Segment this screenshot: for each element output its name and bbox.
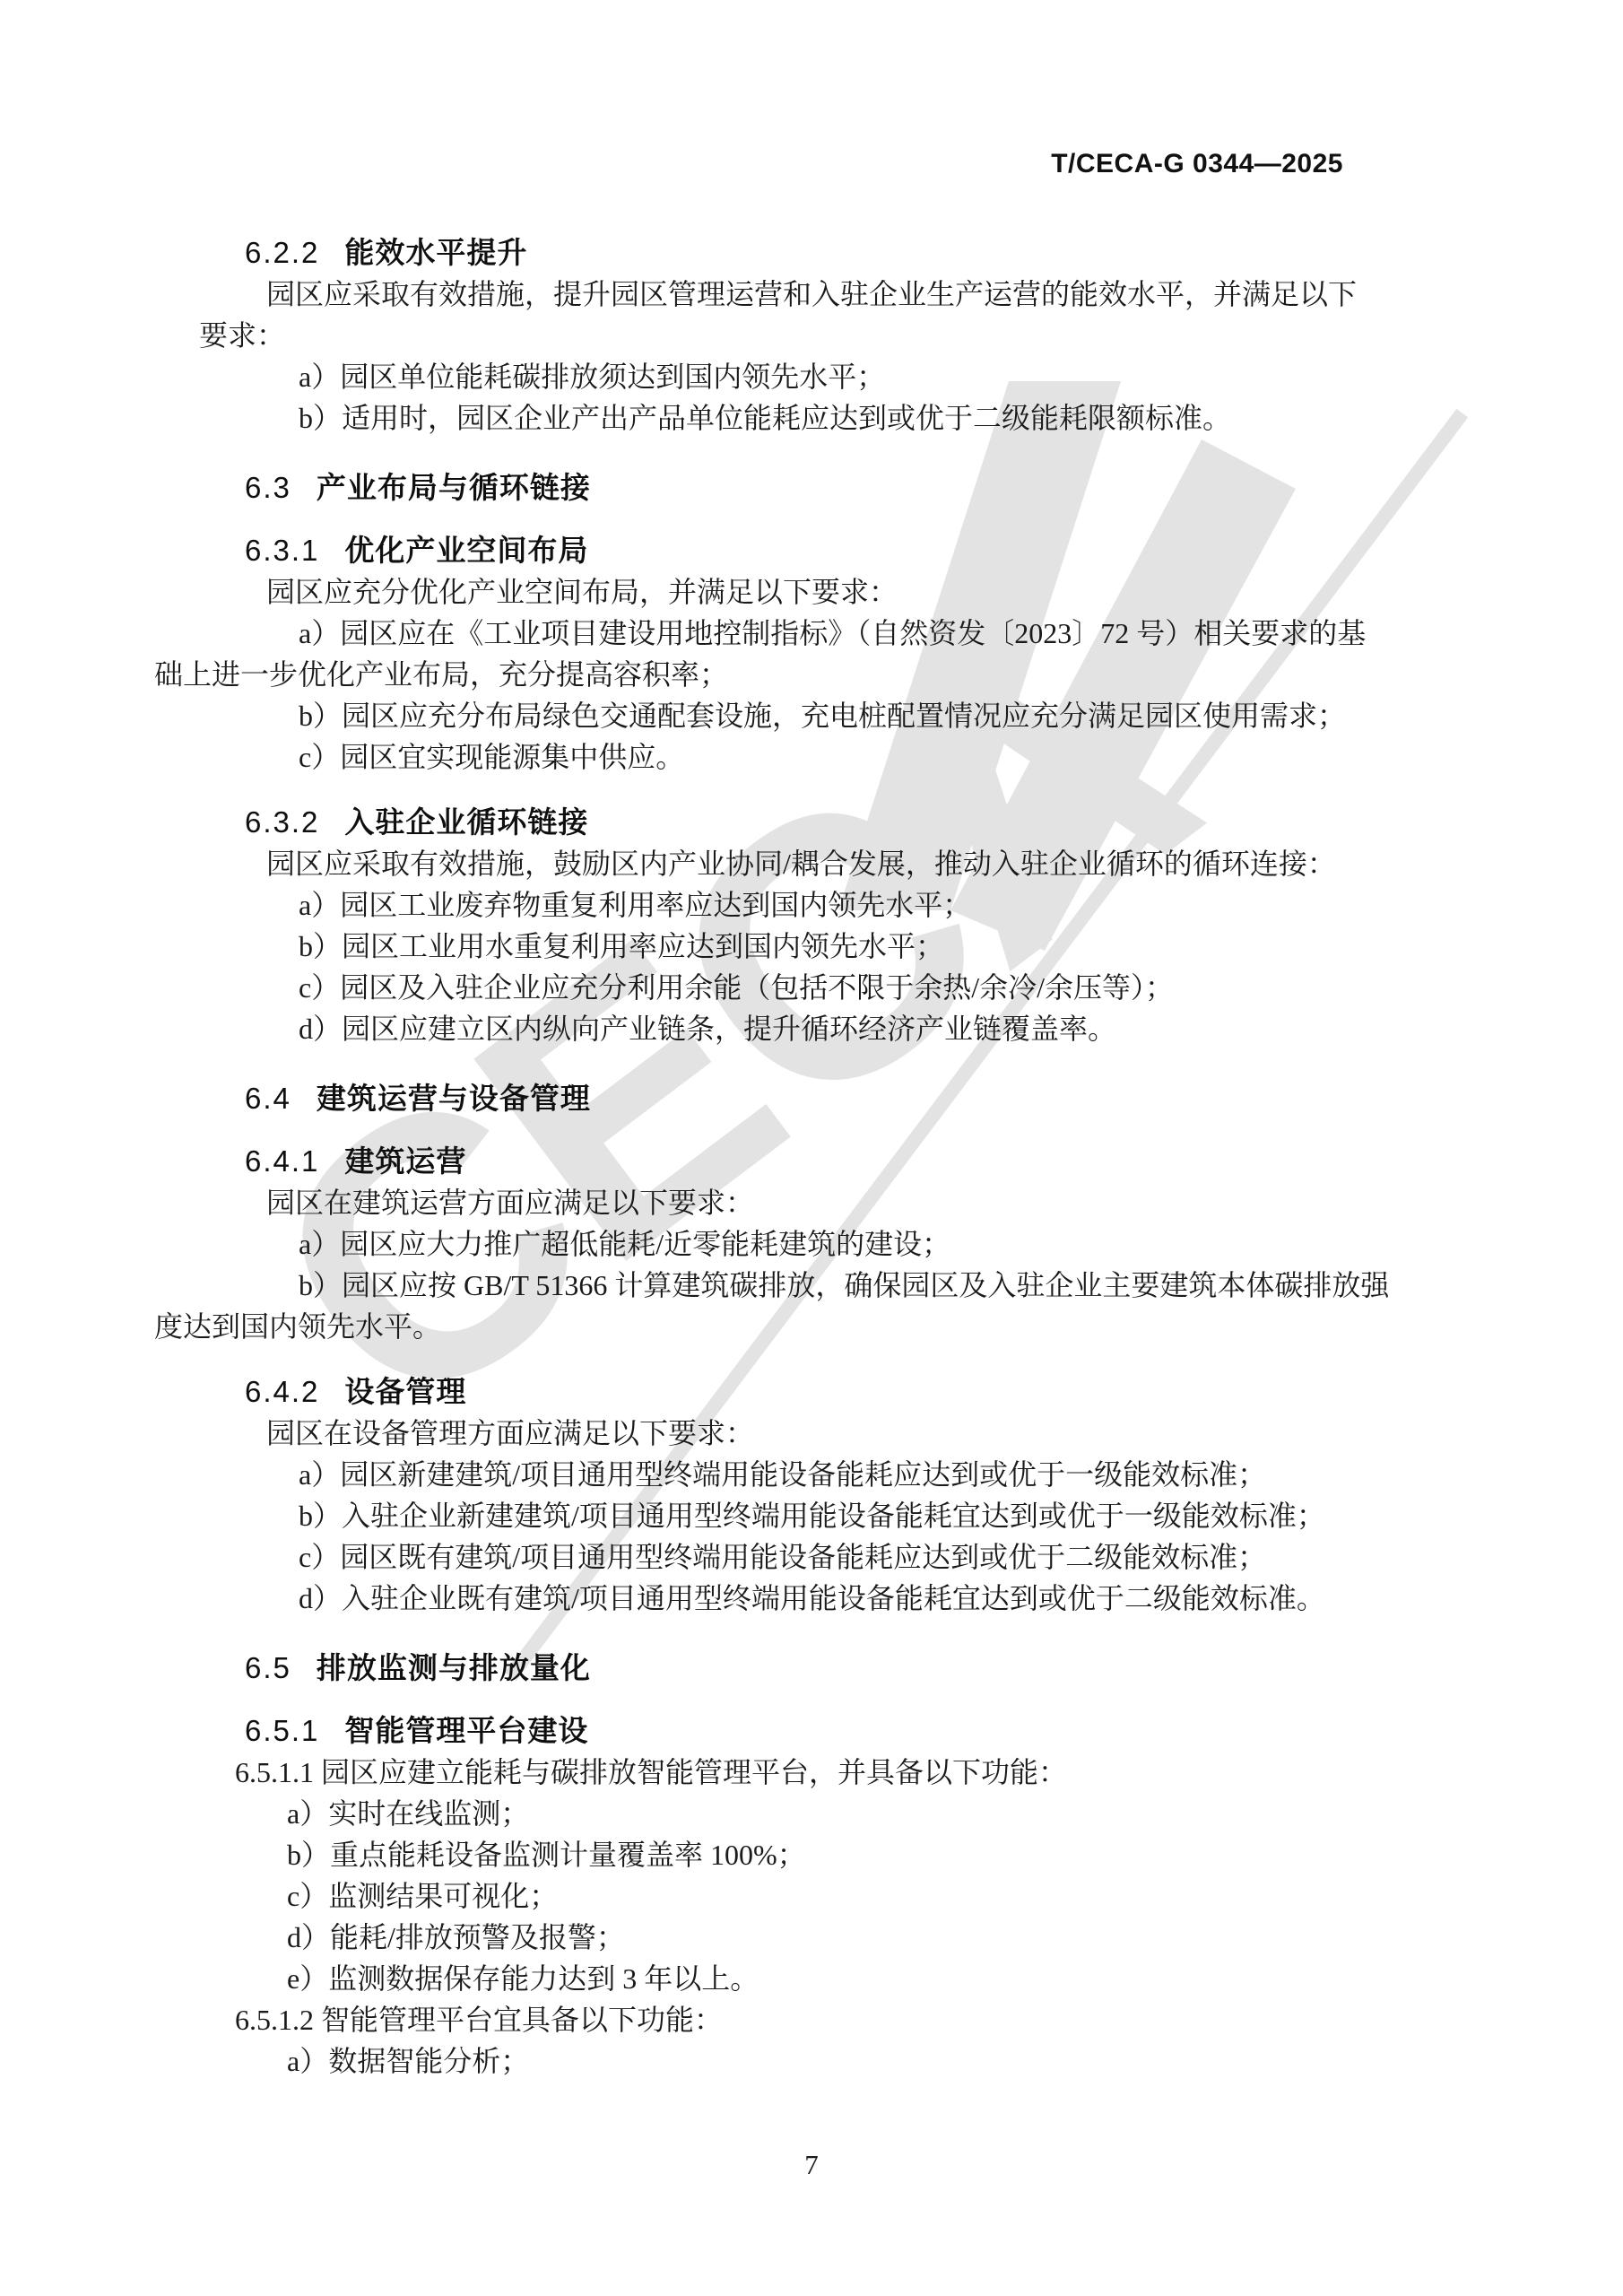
- section-heading: 6.4.2设备管理: [0, 1371, 1623, 1413]
- section-heading: 6.4.1建筑运营: [0, 1141, 1623, 1182]
- heading-number: 6.2.2: [245, 236, 319, 269]
- text-line: a）实时在线监测；: [0, 1793, 1623, 1834]
- section-heading: 6.2.2能效水平提升: [0, 232, 1623, 274]
- text-line: c）园区既有建筑/项目通用型终端用能设备能耗应达到或优于二级能效标准；: [0, 1536, 1623, 1578]
- heading-title: 建筑运营与设备管理: [317, 1082, 591, 1115]
- text-line: a）园区应大力推广超低能耗/近零能耗建筑的建设；: [0, 1223, 1623, 1265]
- page-number: 7: [0, 2149, 1623, 2181]
- heading-title: 建筑运营: [344, 1144, 466, 1178]
- section-heading: 6.3.2入驻企业循环链接: [0, 802, 1623, 843]
- text-line: d）能耗/排放预警及报警；: [0, 1917, 1623, 1958]
- text-line: 础上进一步优化产业布局，充分提高容积率；: [0, 654, 1623, 695]
- heading-title: 产业布局与循环链接: [317, 471, 591, 504]
- text-line: 园区应采取有效措施，提升园区管理运营和入驻企业生产运营的能效水平，并满足以下: [0, 274, 1623, 315]
- text-line: e）监测数据保存能力达到 3 年以上。: [0, 1958, 1623, 1999]
- text-line: 园区应充分优化产业空间布局，并满足以下要求：: [0, 571, 1623, 613]
- section-heading: 6.5.1智能管理平台建设: [0, 1710, 1623, 1752]
- text-line: a）数据智能分析；: [0, 2040, 1623, 2082]
- text-line: b）适用时，园区企业产出产品单位能耗应达到或优于二级能耗限额标准。: [0, 397, 1623, 439]
- heading-number: 6.5.1: [245, 1714, 319, 1747]
- text-line: 园区应采取有效措施，鼓励区内产业协同/耦合发展，推动入驻企业循环的循环连接：: [0, 843, 1623, 884]
- heading-title: 能效水平提升: [344, 236, 527, 269]
- text-line: b）园区应按 GB/T 51366 计算建筑碳排放，确保园区及入驻企业主要建筑本…: [0, 1265, 1623, 1306]
- text-line: c）园区及入驻企业应充分利用余能（包括不限于余热/余冷/余压等）；: [0, 967, 1623, 1008]
- section-heading: 6.3产业布局与循环链接: [0, 467, 1623, 509]
- text-line: a）园区单位能耗碳排放须达到国内领先水平；: [0, 356, 1623, 397]
- text-line: 要求：: [0, 315, 1623, 356]
- heading-title: 智能管理平台建设: [344, 1714, 588, 1747]
- text-line: a）园区工业废弃物重复利用率应达到国内领先水平；: [0, 884, 1623, 926]
- text-line: b）园区应充分布局绿色交通配套设施，充电桩配置情况应充分满足园区使用需求；: [0, 695, 1623, 736]
- section-heading: 6.4建筑运营与设备管理: [0, 1078, 1623, 1119]
- section-heading: 6.3.1优化产业空间布局: [0, 530, 1623, 571]
- text-line: 园区在建筑运营方面应满足以下要求：: [0, 1182, 1623, 1223]
- heading-number: 6.5: [245, 1651, 291, 1684]
- heading-number: 6.4.1: [245, 1144, 319, 1178]
- heading-number: 6.3: [245, 471, 291, 504]
- text-line: a）园区新建建筑/项目通用型终端用能设备能耗应达到或优于一级能效标准；: [0, 1454, 1623, 1495]
- text-line: d）入驻企业既有建筑/项目通用型终端用能设备能耗宜达到或优于二级能效标准。: [0, 1578, 1623, 1619]
- heading-title: 入驻企业循环链接: [344, 805, 588, 839]
- heading-title: 排放监测与排放量化: [317, 1651, 591, 1684]
- text-line: 6.5.1.2 智能管理平台宜具备以下功能：: [0, 1999, 1623, 2040]
- text-line: 度达到国内领先水平。: [0, 1306, 1623, 1347]
- text-line: d）园区应建立区内纵向产业链条，提升循环经济产业链覆盖率。: [0, 1008, 1623, 1049]
- text-line: b）园区工业用水重复利用率应达到国内领先水平；: [0, 926, 1623, 967]
- document-page: CECA T/CECA-G 0344—2025 6.2.2能效水平提升园区应采取…: [0, 0, 1623, 2296]
- text-line: a）园区应在《工业项目建设用地控制指标》（自然资发〔2023〕72 号）相关要求…: [0, 613, 1623, 654]
- text-line: 6.5.1.1 园区应建立能耗与碳排放智能管理平台，并具备以下功能：: [0, 1752, 1623, 1793]
- text-line: b）重点能耗设备监测计量覆盖率 100%；: [0, 1834, 1623, 1875]
- text-line: b）入驻企业新建建筑/项目通用型终端用能设备能耗宜达到或优于一级能效标准；: [0, 1495, 1623, 1536]
- heading-number: 6.3.2: [245, 805, 319, 839]
- document-content: 6.2.2能效水平提升园区应采取有效措施，提升园区管理运营和入驻企业生产运营的能…: [0, 0, 1623, 2082]
- heading-title: 设备管理: [344, 1375, 466, 1408]
- heading-number: 6.3.1: [245, 534, 319, 567]
- section-heading: 6.5排放监测与排放量化: [0, 1648, 1623, 1689]
- text-line: c）园区宜实现能源集中供应。: [0, 736, 1623, 778]
- heading-title: 优化产业空间布局: [344, 534, 588, 567]
- heading-number: 6.4.2: [245, 1375, 319, 1408]
- text-line: 园区在设备管理方面应满足以下要求：: [0, 1413, 1623, 1454]
- heading-number: 6.4: [245, 1082, 291, 1115]
- text-line: c）监测结果可视化；: [0, 1875, 1623, 1917]
